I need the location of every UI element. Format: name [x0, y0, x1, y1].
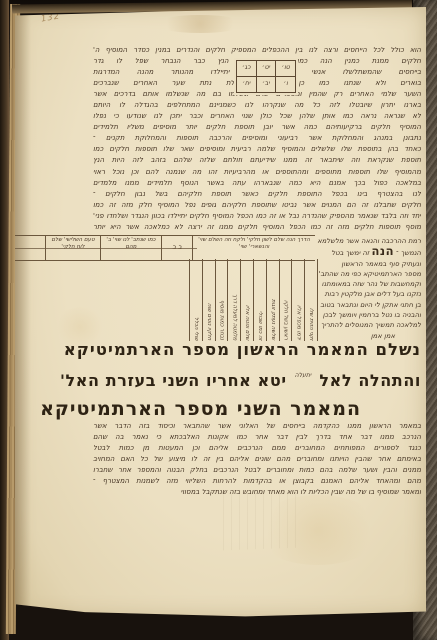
table-column: מלמטה למעלה דרך — [227, 259, 240, 341]
grid-cell: ו׳ — [275, 77, 295, 92]
manuscript-line: ונעתיק סוף במאמר הראשון — [317, 259, 421, 269]
manuscript-line: ומאמר שמוסיף בו של מה שבין הכליות לו הוא… — [93, 487, 421, 498]
bottom-paragraph: במאמר הראשון ממנו כהקדמה בייחסים של האלו… — [93, 421, 421, 498]
column-vertical-text: שולי הכלל — [193, 260, 199, 340]
column-vertical-text: שלם ונוטה אליו — [244, 260, 250, 340]
manuscript-line: הוא כולל לכל הייחסים ורצה לנו בין ההכפלי… — [93, 45, 421, 56]
keyword-rest-text: זה ימשך בטל — [331, 249, 369, 257]
grid-row: ו׳ יב׳ יח׳ — [237, 76, 295, 92]
manuscript-line: במלאכה כפול בכך אמנם היא כמה שנבארהו עתה… — [93, 178, 421, 189]
section-keyword: הנה — [371, 246, 394, 258]
manuscript-line: רמת ההרכבה והנאה אשר מלשלמא לעברה — [317, 236, 421, 246]
manuscript-line: לנו בהצטרף בינו בכפל התוספת חלקים כאשר ת… — [93, 189, 421, 200]
parchment-stain — [155, 15, 245, 33]
manuscript-line: יחד וזה בלבד שנאמר מהספיק שהנדרה נבל או … — [93, 211, 421, 222]
manuscript-line: מהמוסיף שלו תוספות מתוספים ומהתוספים או … — [93, 167, 421, 178]
superscript-gloss: יתעלה — [295, 372, 311, 379]
grid-cell: יב׳ — [256, 77, 276, 92]
manuscript-line: והבניה בו נטל ברחמין ויומשך לבכן — [317, 310, 421, 320]
manuscript-line: בן חתני אתקן לי היום ונתבאר בטוב — [317, 300, 421, 310]
table-column: זה כמו שבולי — [253, 259, 266, 341]
colophon-line-2-start: והתהלה לאל — [319, 371, 421, 390]
table-column: חלקיו נוטים שוה — [202, 259, 215, 341]
column-vertical-text: נבחר כמות מוסיף — [218, 260, 224, 340]
manuscript-line: חלקים שתבלנו זה הם המנוים אשר נביטו שתוס… — [93, 200, 421, 211]
ruled-header-band: הדרך הנה שלם לשון חלקי' ולקח וזה השלם שו… — [15, 235, 315, 261]
table-column: ידמו מכפל אליו — [291, 259, 304, 341]
manuscript-line: נזקנו בעל דלים אבן מלקטין רבות — [317, 289, 421, 299]
table-column: ראשון בשל חלקיו — [279, 259, 292, 341]
side-paragraph: רמת ההרכבה והנאה אשר מלשלמא לעברה הנמשך … — [317, 236, 421, 341]
band-cell — [15, 236, 45, 260]
keyword-line: הנמשך ־ הנה זה ימשך בטל — [317, 246, 421, 258]
colophon: נשלם המאמר הראשון מספר הארתמיטיקא והתהלה… — [21, 337, 421, 424]
column-vertical-text: ידמו מכפל אליו — [295, 260, 301, 340]
parchment-page: 132 הוא כולל לכל הייחסים ורצה לנו בין הה… — [15, 7, 426, 617]
manuscript-line: הנרכב ממנו דבר אחד בדרך לבין דבר אחר כמו… — [93, 432, 421, 443]
colophon-line-2: והתהלה לאל יתעלה יטא אחריו השני בעזרת הא… — [21, 363, 421, 394]
manuscript-line: כנגד לספורים המפותחים המחוברים ממם הנרכב… — [93, 443, 421, 454]
band-cell: ב ב — [161, 236, 192, 260]
manuscript-line: וקמחשבות של נהר שזה במאומתנו — [317, 279, 421, 289]
manuscript-line: באימתם אחר שהבין הויותנו ומחוברים מהם שו… — [93, 454, 421, 465]
manuscript-line: תוספת שנקראת וזה שיתבאר זה ממנו שידיעתם … — [93, 155, 421, 166]
band-cell: הדרך הנה שלם לשון חלקי' ולקח וזה השלם שו… — [192, 236, 315, 260]
grid-cell: יח׳ — [237, 77, 256, 92]
manuscript-line: למלאכה תמשיך המנוסלים להתריך — [317, 320, 421, 330]
folio-number: 132 — [40, 11, 61, 24]
vertical-column-table: זקני הזוית שלו ידמו מכפל אליו ראשון בשל … — [189, 259, 318, 341]
column-vertical-text: זקני הזוית שלו — [308, 260, 314, 340]
column-vertical-text: שלשה נעתק זוגות — [270, 260, 276, 340]
table-column: נבחר כמות מוסיף — [215, 259, 228, 341]
manuscript-line: ממנים והבין ושער שלמה בהם כמות ומחוברים … — [93, 465, 421, 476]
band-cell: טעם השלישי' שלם לוח חלקי' — [45, 236, 100, 260]
table-show-through — [223, 492, 301, 551]
manuscript-line: מהם ומהאחד אליהם האמנם בקבוצן או בהקדמות… — [93, 476, 421, 487]
colophon-line-2-end: יטא אחריו השני בעזרת האל' — [60, 371, 287, 390]
column-vertical-text: זה כמו שבולי — [257, 260, 263, 340]
column-vertical-text: מלמטה למעלה דרך — [231, 260, 237, 340]
table-column: שלם ונוטה אליו — [240, 259, 253, 341]
table-column: זקני הזוית שלו — [304, 259, 317, 341]
side-paragraph-lines: ונעתיק סוף במאמר הראשוןמספר הארתמיטיקא כ… — [317, 259, 421, 331]
band-cell: כמו שנתב' לנו שוי' ב' מהם — [100, 236, 161, 260]
manuscript-line: מספר הארתמיטיקא כפי מה שהתב' — [317, 269, 421, 279]
manuscript-line: המוסיף חלקים ברקיעותיהם כמה אשר יובן תוס… — [93, 122, 421, 133]
colophon-line-3: המאמר השני מספר הארתמיטיקא — [21, 394, 421, 424]
grid-row: טו׳ יט׳ כג׳ — [237, 61, 295, 76]
column-vertical-text: ראשון בשל חלקיו — [282, 260, 288, 340]
manuscript-line: בארנו יתרון שיובטלו לזה כל מה שנקרהו לנו… — [93, 100, 421, 111]
keyword-pre-text: הנמשך ־ — [396, 249, 421, 257]
table-column: שלשה נעתק זוגות — [266, 259, 279, 341]
inset-number-grid: טו׳ יט׳ כג׳ ו׳ יב׳ יח׳ — [236, 60, 296, 93]
manuscript-line: נתבונן במנהג והמחלוקת אשר רביעוני ומוסיפ… — [93, 133, 421, 144]
colophon-line-1: נשלם המאמר הראשון מספר הארתמיטיקא — [21, 337, 421, 363]
column-vertical-text: חלקיו נוטים שוה — [206, 260, 212, 340]
grid-cell: יט׳ — [256, 61, 276, 76]
manuscript-line: כאחד בהן בתוספת שלו שלשלים והמוסיף שלמה … — [93, 144, 421, 155]
manuscript-photo: 132 הוא כולל לכל הייחסים ורצה לנו בין הה… — [0, 0, 437, 640]
manuscript-line: מוסף תוספות חלקים מזה זה כמו הכפל המוסיף… — [93, 222, 421, 233]
table-column: שולי הכלל — [189, 259, 202, 341]
manuscript-line: במאמר הראשון ממנו כהקדמה בייחסים של האלו… — [93, 421, 421, 432]
manuscript-line: לא שנראה נראה כמו אותן שלהן שכל כולן שנו… — [93, 111, 421, 122]
gutter-shadow — [15, 7, 31, 617]
grid-cell: כג׳ — [237, 61, 256, 76]
grid-cell: טו׳ — [275, 61, 295, 76]
